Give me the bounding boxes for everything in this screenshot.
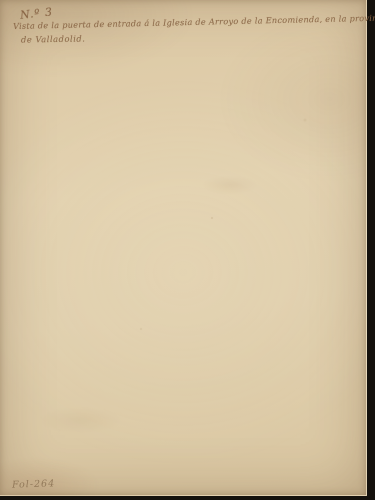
handwritten-caption-line-1: Vista de la puerta de entrada á la Igles… [13, 13, 358, 31]
album-page-paper: N.º 3 Vista de la puerta de entrada á la… [0, 0, 367, 496]
folio-number: Fol-264 [12, 478, 56, 491]
handwritten-caption-line-2: de Valladolid. [21, 33, 86, 44]
scanned-document: N.º 3 Vista de la puerta de entrada á la… [0, 0, 375, 500]
